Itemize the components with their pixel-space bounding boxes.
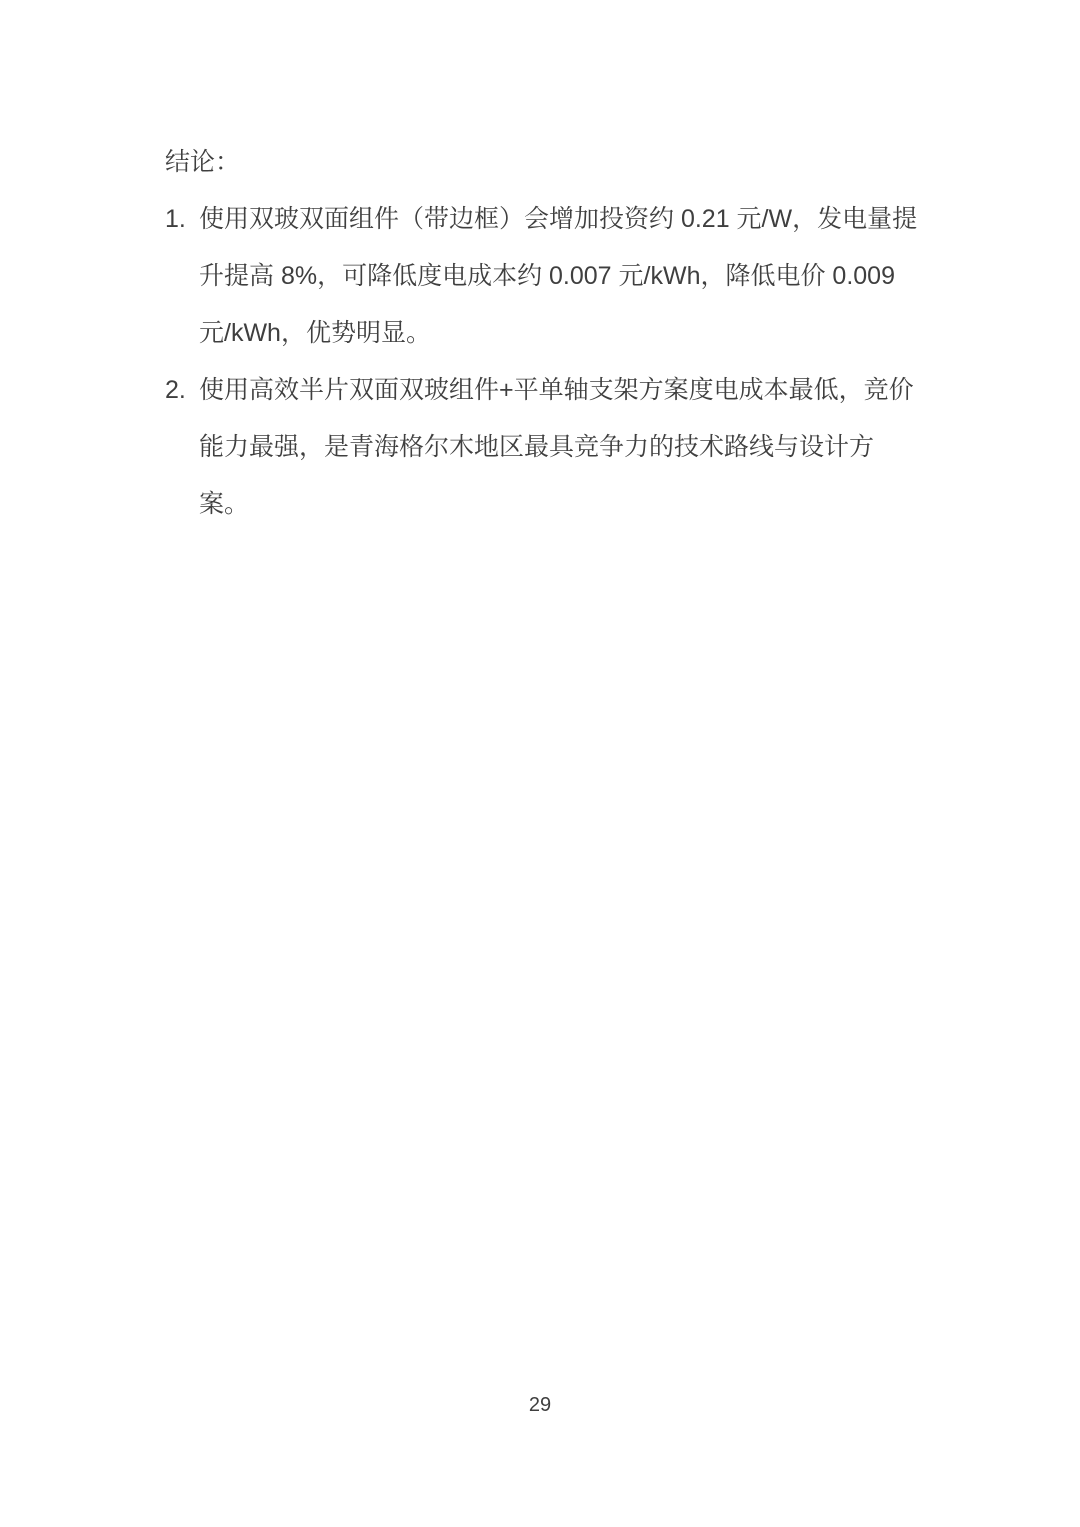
conclusion-section: 结论： 1. 使用双玻双面组件（带边框）会增加投资约 0.21 元/W，发电量提… (165, 134, 925, 533)
list-item-text: 使用双玻双面组件（带边框）会增加投资约 0.21 元/W，发电量提 升提高 8%… (199, 191, 925, 362)
conclusion-heading: 结论： (165, 134, 925, 191)
text-line: 能力最强，是青海格尔木地区最具竞争力的技术路线与设计方 (199, 419, 925, 476)
conclusion-item-1: 1. 使用双玻双面组件（带边框）会增加投资约 0.21 元/W，发电量提 升提高… (165, 191, 925, 362)
page-number: 29 (529, 1394, 551, 1416)
conclusion-item-2: 2. 使用高效半片双面双玻组件+平单轴支架方案度电成本最低，竞价 能力最强，是青… (165, 362, 925, 533)
document-page: 结论： 1. 使用双玻双面组件（带边框）会增加投资约 0.21 元/W，发电量提… (0, 0, 1080, 1527)
list-item-number: 1. (165, 191, 199, 248)
text-line: 元/kWh，优势明显。 (199, 305, 925, 362)
text-line: 使用高效半片双面双玻组件+平单轴支架方案度电成本最低，竞价 (199, 362, 925, 419)
text-line: 案。 (199, 476, 925, 533)
conclusion-list: 1. 使用双玻双面组件（带边框）会增加投资约 0.21 元/W，发电量提 升提高… (165, 191, 925, 533)
list-item-text: 使用高效半片双面双玻组件+平单轴支架方案度电成本最低，竞价 能力最强，是青海格尔… (199, 362, 925, 533)
text-line: 使用双玻双面组件（带边框）会增加投资约 0.21 元/W，发电量提 (199, 191, 925, 248)
page-footer: 29 (0, 1393, 1080, 1417)
list-item-number: 2. (165, 362, 199, 419)
text-line: 升提高 8%，可降低度电成本约 0.007 元/kWh，降低电价 0.009 (199, 248, 925, 305)
